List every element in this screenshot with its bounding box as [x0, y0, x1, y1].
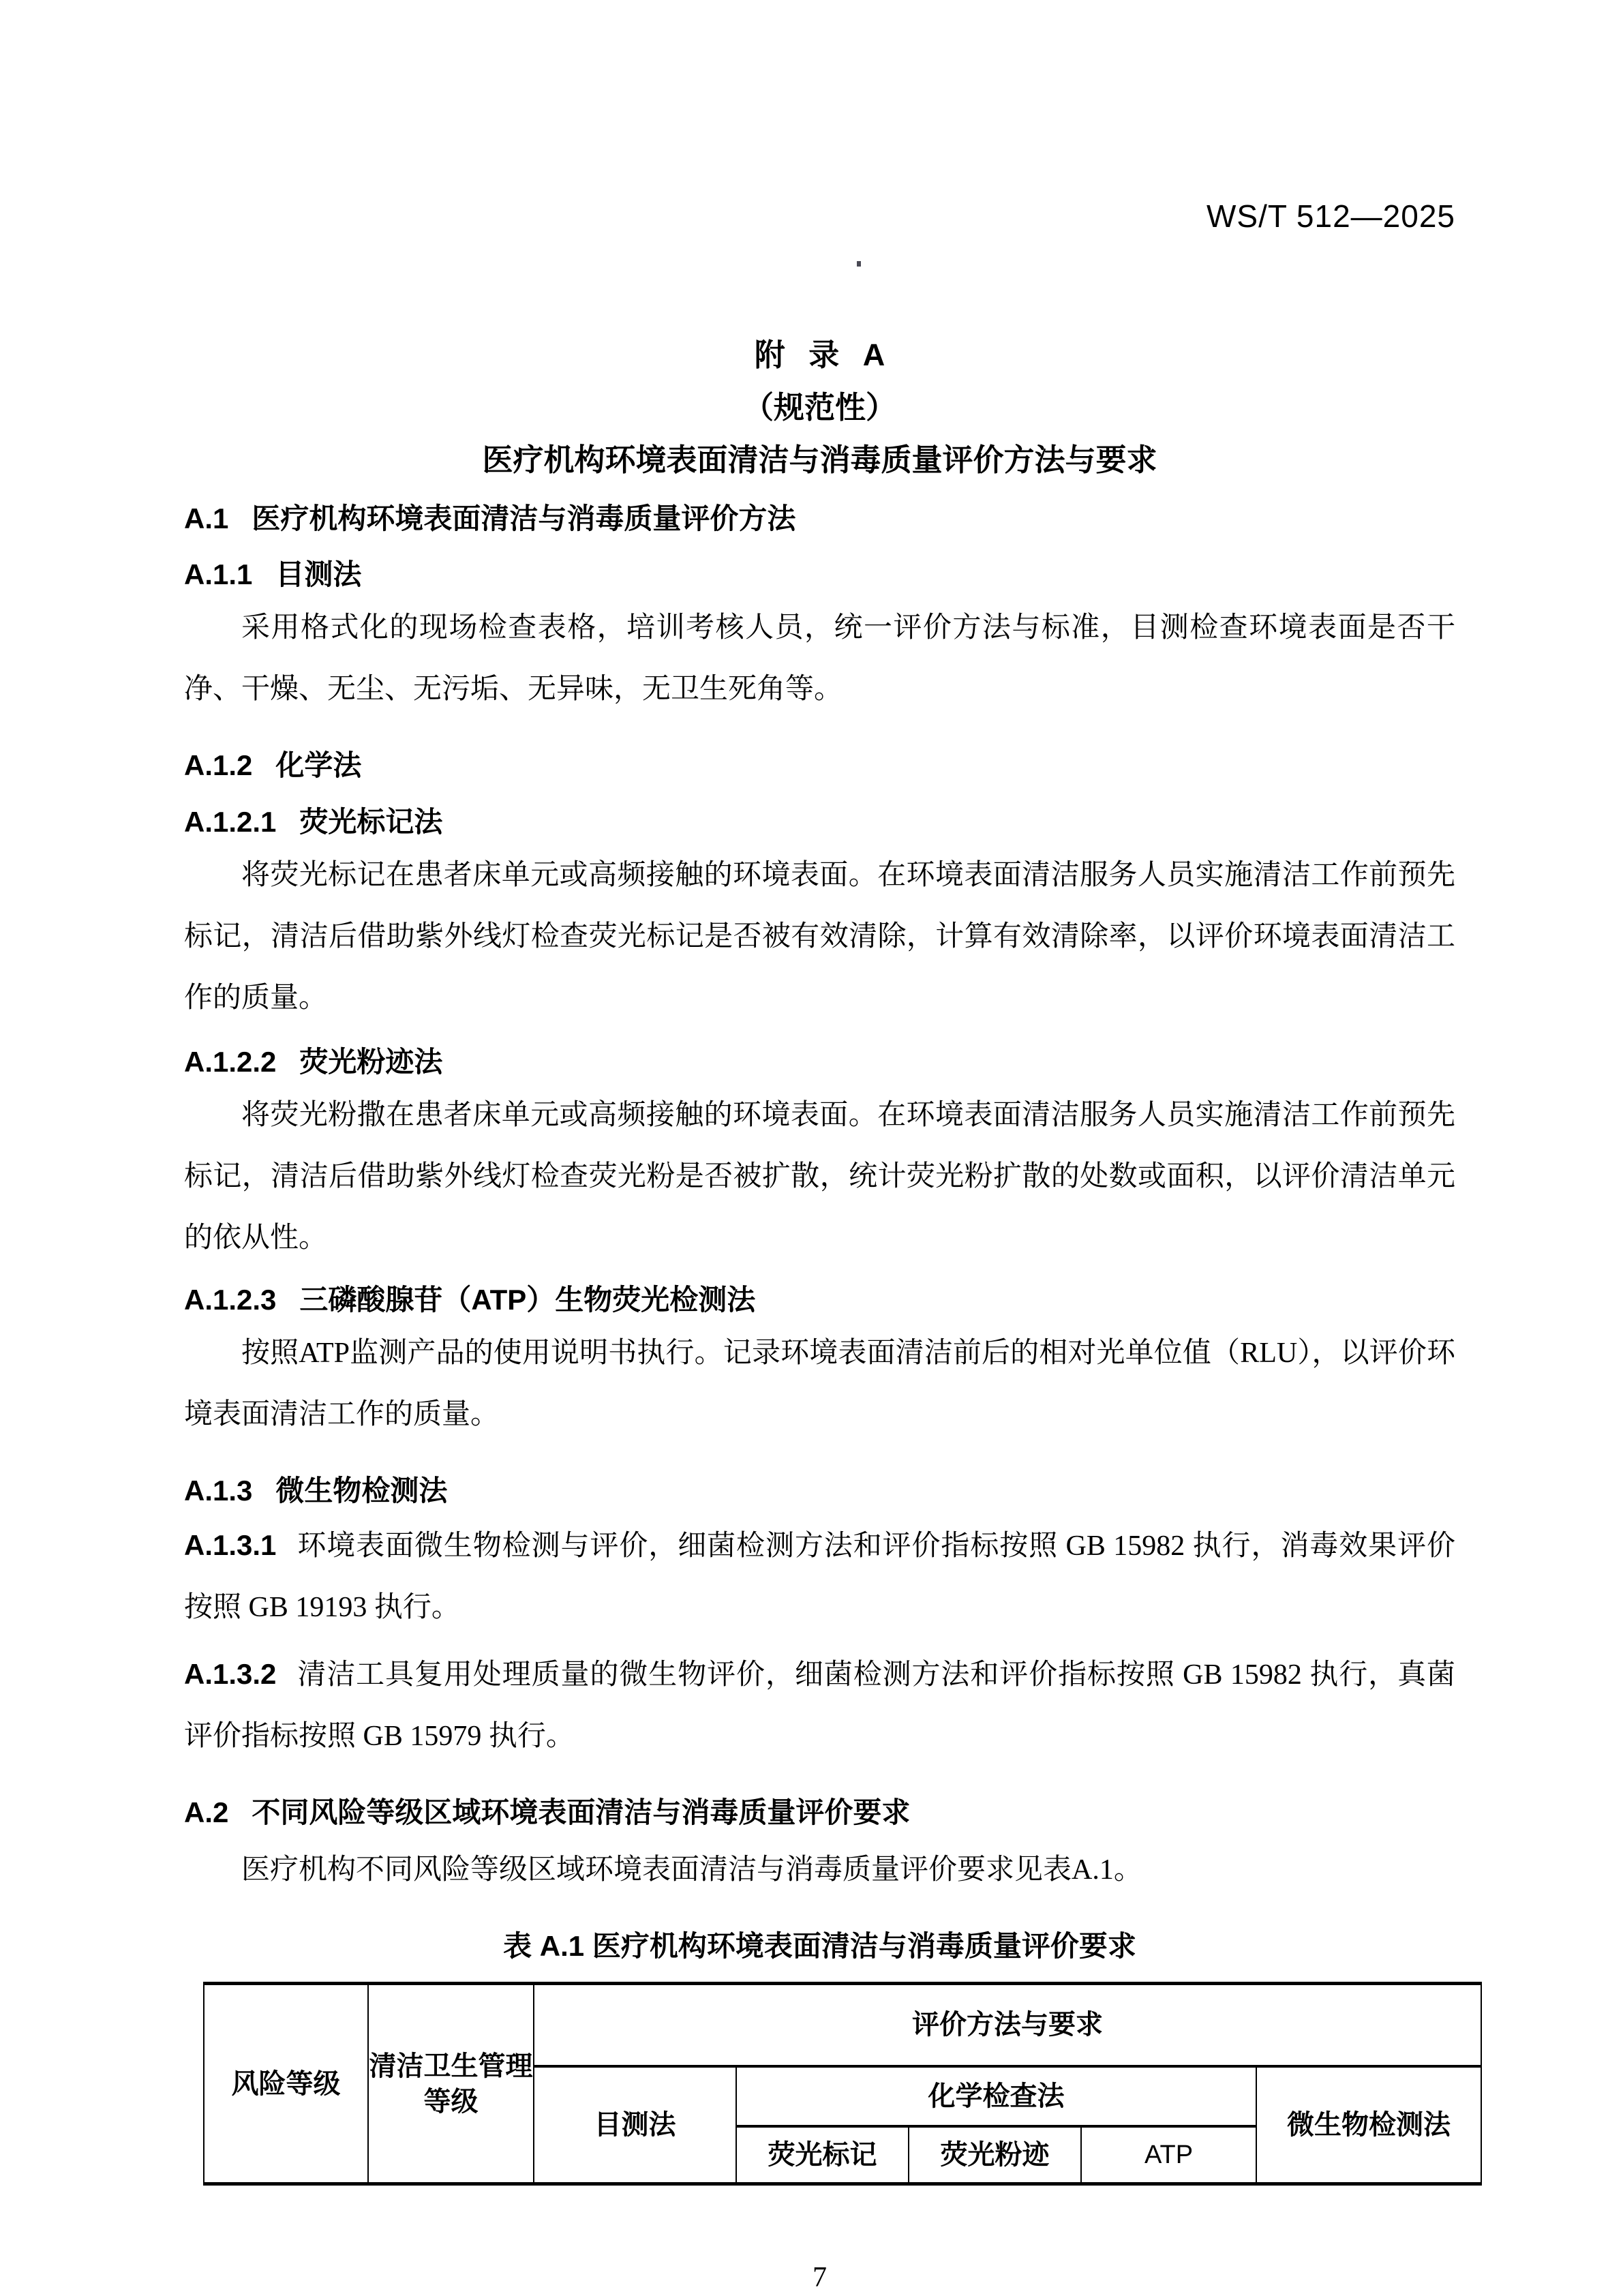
- paragraph-a123: 按照ATP监测产品的使用说明书执行。记录环境表面清洁前后的相对光单位值（RLU）…: [184, 1323, 1455, 1445]
- th-visual-method: 目测法: [534, 2066, 736, 2184]
- paragraph-a132: A.1.3.2清洁工具复用处理质量的微生物评价，细菌检测方法和评价指标按照 GB…: [184, 1644, 1455, 1767]
- heading-a11: A.1.1目测法: [184, 558, 1455, 592]
- heading-a2: A.2不同风险等级区域环境表面清洁与消毒质量评价要求: [184, 1796, 1455, 1830]
- clause-number: A.1.3.2: [184, 1658, 276, 1690]
- stray-mark: [857, 261, 861, 267]
- appendix-title: 医疗机构环境表面清洁与消毒质量评价方法与要求: [184, 434, 1455, 486]
- clause-title: 荧光标记法: [299, 806, 442, 838]
- paragraph-a131: A.1.3.1环境表面微生物检测与评价，细菌检测方法和评价指标按照 GB 159…: [184, 1515, 1455, 1638]
- page-number: 7: [184, 2261, 1455, 2295]
- th-management-level: 清洁卫生管理 等级: [368, 1984, 534, 2184]
- heading-a123: A.1.2.3三磷酸腺苷（ATP）生物荧光检测法: [184, 1283, 1455, 1317]
- th-evaluation-methods: 评价方法与要求: [534, 1984, 1481, 2066]
- heading-a1: A.1医疗机构环境表面清洁与消毒质量评价方法: [184, 502, 1455, 536]
- clause-title: 不同风险等级区域环境表面清洁与消毒质量评价要求: [252, 1796, 910, 1828]
- clause-number: A.1: [184, 502, 228, 534]
- heading-a13: A.1.3微生物检测法: [184, 1474, 1455, 1508]
- th-fluorescent-mark: 荧光标记: [736, 2126, 909, 2184]
- paragraph-a121: 将荧光标记在患者床单元或高频接触的环境表面。在环境表面清洁服务人员实施清洁工作前…: [184, 845, 1455, 1029]
- clause-number: A.1.3: [184, 1475, 252, 1507]
- table-title: 表 A.1 医疗机构环境表面清洁与消毒质量评价要求: [184, 1929, 1455, 1963]
- th-chemical-method: 化学检查法: [736, 2066, 1256, 2126]
- clause-number: A.2: [184, 1796, 228, 1828]
- clause-title: 医疗机构环境表面清洁与消毒质量评价方法: [252, 502, 795, 534]
- clause-body: 环境表面微生物检测与评价，细菌检测方法和评价指标按照 GB 15982 执行，消…: [184, 1530, 1455, 1623]
- appendix-title-block: 附 录 A （规范性） 医疗机构环境表面清洁与消毒质量评价方法与要求: [184, 329, 1455, 486]
- clause-number: A.1.2.2: [184, 1046, 276, 1078]
- clause-title: 化学法: [275, 749, 361, 781]
- clause-title: 三磷酸腺苷（ATP）生物荧光检测法: [299, 1284, 755, 1316]
- heading-a121: A.1.2.1荧光标记法: [184, 805, 1455, 839]
- clause-body: 清洁工具复用处理质量的微生物评价，细菌检测方法和评价指标按照 GB 15982 …: [184, 1659, 1455, 1752]
- clause-number: A.1.2.3: [184, 1284, 276, 1316]
- clause-title: 微生物检测法: [275, 1475, 447, 1507]
- clause-number: A.1.2.1: [184, 806, 276, 838]
- clause-title: 荧光粉迹法: [299, 1046, 442, 1078]
- th-fluorescent-powder: 荧光粉迹: [909, 2126, 1081, 2184]
- doc-code: WS/T 512—2025: [1207, 200, 1455, 232]
- document-page: WS/T 512—2025 附 录 A （规范性） 医疗机构环境表面清洁与消毒质…: [0, 0, 1623, 2296]
- appendix-label: 附 录 A: [184, 329, 1455, 381]
- paragraph-a2: 医疗机构不同风险等级区域环境表面清洁与消毒质量评价要求见表A.1。: [184, 1839, 1455, 1901]
- appendix-normative: （规范性）: [184, 381, 1455, 434]
- heading-a12: A.1.2化学法: [184, 749, 1455, 783]
- table-header-row-1: 风险等级 清洁卫生管理 等级 评价方法与要求: [204, 1984, 1481, 2066]
- th-risk-level: 风险等级: [204, 1984, 368, 2184]
- clause-title: 目测法: [275, 558, 361, 590]
- th-microbial-method: 微生物检测法: [1256, 2066, 1481, 2184]
- paragraph-a122: 将荧光粉撒在患者床单元或高频接触的环境表面。在环境表面清洁服务人员实施清洁工作前…: [184, 1085, 1455, 1269]
- heading-a122: A.1.2.2荧光粉迹法: [184, 1045, 1455, 1079]
- page-content: 附 录 A （规范性） 医疗机构环境表面清洁与消毒质量评价方法与要求 A.1医疗…: [0, 329, 1623, 2295]
- clause-number: A.1.3.1: [184, 1529, 276, 1561]
- th-atp: ATP: [1081, 2126, 1256, 2184]
- clause-number: A.1.2: [184, 749, 252, 781]
- evaluation-table: 风险等级 清洁卫生管理 等级 评价方法与要求 目测法 化学检查法 微生物检测法 …: [203, 1982, 1482, 2186]
- clause-number: A.1.1: [184, 558, 252, 590]
- paragraph-a11: 采用格式化的现场检查表格，培训考核人员，统一评价方法与标准，目测检查环境表面是否…: [184, 597, 1455, 720]
